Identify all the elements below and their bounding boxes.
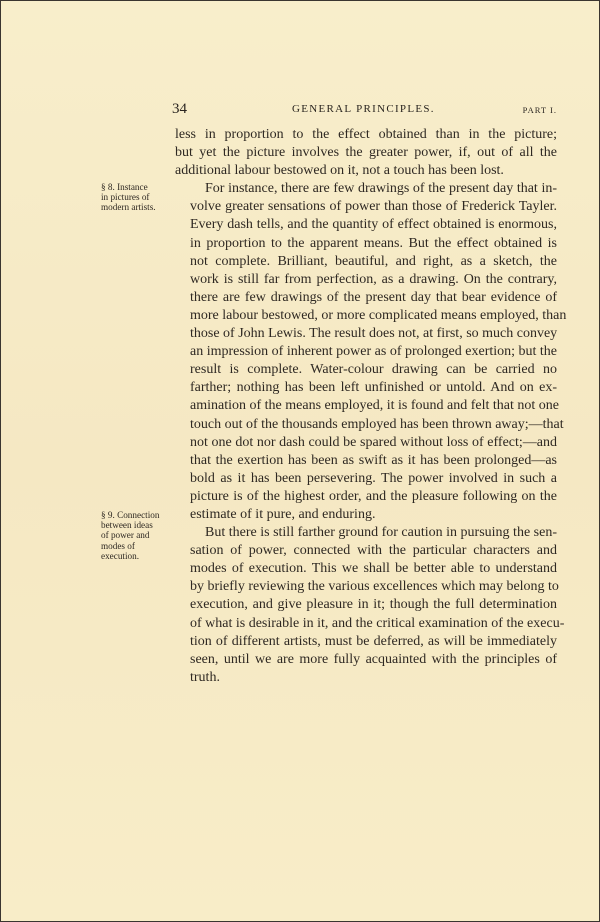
page-header: 34 GENERAL PRINCIPLES. PART I. xyxy=(172,101,557,119)
text-line: more labour bestowed, or more complicate… xyxy=(175,307,557,325)
paragraph-section-9: But there is still farther ground for ca… xyxy=(175,524,557,687)
text-line: But there is still farther ground for ca… xyxy=(175,524,557,542)
text-line: result is complete. Water-colour drawing… xyxy=(175,361,557,379)
text-line: touch out of the thousands employed has … xyxy=(175,416,557,434)
text-line: there are few drawings of the present da… xyxy=(175,289,557,307)
text-line: of what is desirable in it, and the crit… xyxy=(175,615,557,633)
text-line: farther; nothing has been left unfinishe… xyxy=(175,379,557,397)
text-line: bold as it has been persevering. The pow… xyxy=(175,470,557,488)
text-line: not one dot nor dash could be spared wit… xyxy=(175,434,557,452)
text-line: Every dash tells, and the quantity of ef… xyxy=(175,216,557,234)
text-line: tion of different artists, must be defer… xyxy=(175,633,557,651)
text-line: but yet the picture involves the greater… xyxy=(175,144,557,162)
text-line: truth. xyxy=(175,669,557,687)
text-line: modes of execution. This we shall be bet… xyxy=(175,560,557,578)
text-line: picture is of the highest order, and the… xyxy=(175,488,557,506)
text-line: sation of power, connected with the part… xyxy=(175,542,557,560)
sidenote-line: § 9. Connection xyxy=(101,510,179,520)
sidenote-line: execution. xyxy=(101,551,179,561)
sidenote-line: in pictures of xyxy=(101,192,179,202)
text-line: less in proportion to the effect obtaine… xyxy=(175,126,557,144)
text-line: additional labour bestowed on it, not a … xyxy=(175,162,557,180)
page-number: 34 xyxy=(172,101,187,118)
sidenote-line: of power and xyxy=(101,530,179,540)
running-title: GENERAL PRINCIPLES. xyxy=(292,103,435,115)
body-text: less in proportion to the effect obtaine… xyxy=(175,126,557,687)
part-label: PART I. xyxy=(523,105,557,115)
text-line: execution, and give pleasure in it; thou… xyxy=(175,596,557,614)
sidenote-line: between ideas xyxy=(101,520,179,530)
sidenote-line: modern artists. xyxy=(101,202,179,212)
text-line: an impression of inherent power as of pr… xyxy=(175,343,557,361)
text-line: amination of the means employed, it is f… xyxy=(175,397,557,415)
text-line: in proportion to the apparent means. But… xyxy=(175,235,557,253)
sidenote-line: modes of xyxy=(101,541,179,551)
paragraph-continuation: less in proportion to the effect obtaine… xyxy=(175,126,557,180)
book-page: 34 GENERAL PRINCIPLES. PART I. § 8. Inst… xyxy=(0,0,600,922)
text-line: work is still far from perfection, as a … xyxy=(175,271,557,289)
text-line: estimate of it pure, and enduring. xyxy=(175,506,557,524)
sidenote-section-9: § 9. Connection between ideas of power a… xyxy=(101,510,179,561)
text-line: that the exertion has been as swift as i… xyxy=(175,452,557,470)
text-line: by briefly reviewing the various excelle… xyxy=(175,578,557,596)
text-line: volve greater sensations of power than t… xyxy=(175,198,557,216)
sidenote-section-8: § 8. Instance in pictures of modern arti… xyxy=(101,182,179,213)
text-line: not complete. Brilliant, beautiful, and … xyxy=(175,253,557,271)
text-line: seen, until we are more fully acquainted… xyxy=(175,651,557,669)
paragraph-section-8: For instance, there are few drawings of … xyxy=(175,180,557,524)
sidenote-line: § 8. Instance xyxy=(101,182,179,192)
text-line: those of John Lewis. The result does not… xyxy=(175,325,557,343)
text-line: For instance, there are few drawings of … xyxy=(175,180,557,198)
